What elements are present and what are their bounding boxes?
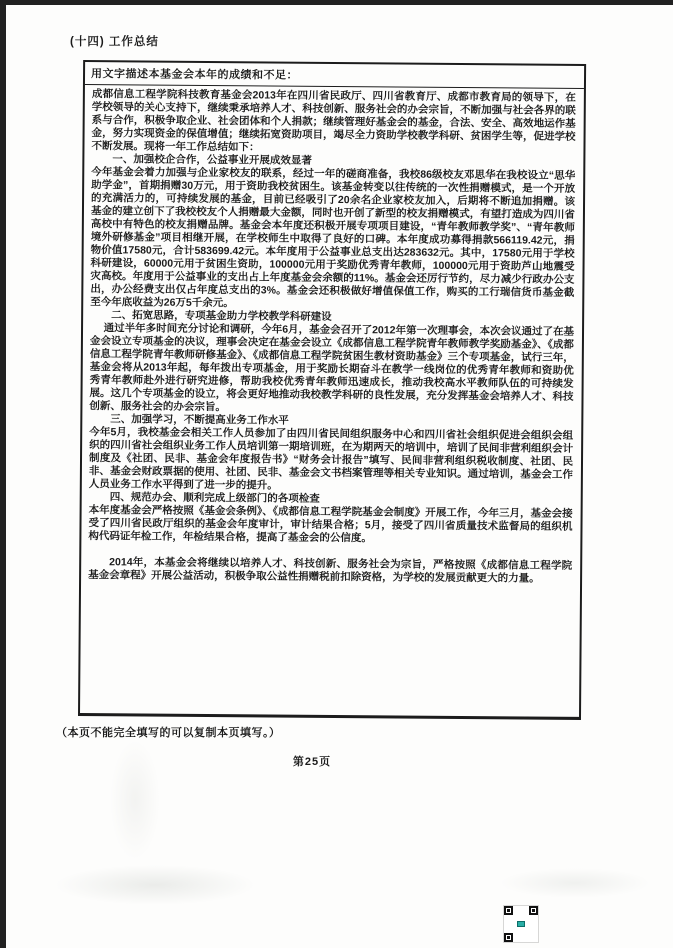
scan-smudge	[55, 865, 255, 905]
qr-finder-icon	[529, 906, 538, 915]
scanned-document-page: { "colors": { "ink": "#1b1b1b", "paper":…	[0, 0, 673, 948]
report-paragraph: 2014年，本基金会将继续以培养人才、科技创新、服务社会为宗旨，严格按照《成都信…	[88, 556, 572, 586]
qr-code-icon	[504, 906, 538, 942]
report-paragraph: 今年基金会着力加强与企业家校友的联系，经过一年的磋商准备，我校86级校友邓思华在…	[90, 166, 575, 313]
work-summary-box: 用文字描述本基金会本年的成绩和不足： 成都信息工程学院科技教育基金会2013年在…	[78, 60, 586, 720]
report-paragraph: 通过半年多时间充分讨论和调研，今年6月，基金会召开了2012年第一次理事会，本次…	[89, 322, 574, 417]
report-paragraph: 成都信息工程学院科技教育基金会2013年在四川省民政厅、四川省教育厅、成都市教育…	[91, 88, 575, 157]
copy-page-note: （本页不能完全填写的可以复制本页填写。）	[56, 724, 281, 740]
qr-finder-icon	[504, 906, 513, 915]
work-summary-text: 成都信息工程学院科技教育基金会2013年在四川省民政厅、四川省教育厅、成都市教育…	[81, 85, 584, 586]
report-paragraph: 今年5月，我校基金会相关工作人员参加了由四川省民间组织服务中心和四川省社会组织促…	[89, 426, 573, 495]
qr-finder-icon	[504, 933, 513, 942]
page-number: 第25页	[0, 753, 624, 769]
scan-edge-top	[0, 0, 673, 5]
section-title: (十四) 工作总结	[70, 33, 159, 49]
scan-edge-left	[0, 0, 6, 948]
report-paragraph: 本年度基金会严格按照《基金会条例》、《成都信息工程学院基金会制度》开展工作，今年…	[88, 504, 572, 547]
scan-smudge	[500, 868, 650, 898]
qr-center-logo-icon	[517, 921, 525, 927]
